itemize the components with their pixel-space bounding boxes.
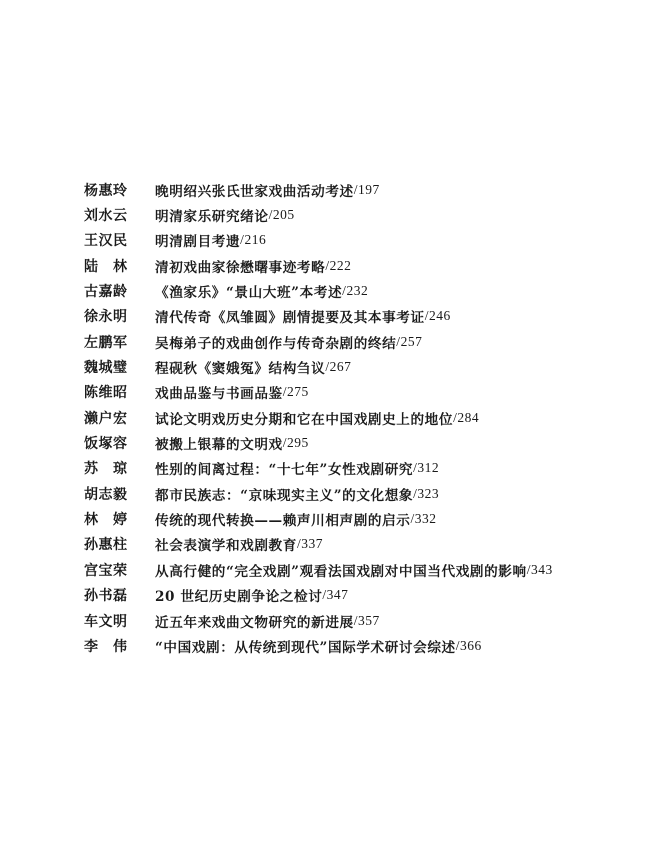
entry-page-number: 332 bbox=[415, 511, 437, 527]
entry-page-number: 284 bbox=[457, 410, 479, 426]
entry-page-number: 337 bbox=[301, 536, 323, 552]
entry-author: 饭塚容 bbox=[84, 433, 155, 453]
entry-title: 晚明绍兴张氏世家戏曲活动考述 bbox=[155, 180, 354, 200]
entry-page-number: 232 bbox=[346, 283, 368, 299]
entry-title: 戏曲品鉴与书画品鉴 bbox=[155, 382, 283, 402]
entry-author: 胡志毅 bbox=[84, 484, 155, 504]
entry-title: 程砚秋《窦娥冤》结构刍议 bbox=[155, 357, 325, 377]
entry-author: 车文明 bbox=[84, 611, 155, 631]
toc-entry: 孙书磊 20 世纪历史剧争论之检讨/347 bbox=[84, 583, 624, 608]
toc-entry: 古嘉龄 《渔家乐》“景山大班”本考述/232 bbox=[84, 278, 624, 303]
entry-author: 古嘉龄 bbox=[84, 281, 155, 301]
entry-title: 明清家乐研究绪论 bbox=[155, 205, 269, 225]
entry-page-number: 295 bbox=[287, 435, 309, 451]
toc-entry: 魏城璧 程砚秋《窦娥冤》结构刍议/267 bbox=[84, 354, 624, 379]
entry-page-number: 197 bbox=[358, 182, 380, 198]
toc-entry: 陈维昭 戏曲品鉴与书画品鉴/275 bbox=[84, 380, 624, 405]
toc-entry: 左鹏军 吴梅弟子的戏曲创作与传奇杂剧的终结/257 bbox=[84, 329, 624, 354]
entry-page-number: 275 bbox=[287, 384, 309, 400]
toc-entry: 宫宝荣 从高行健的“完全戏剧”观看法国戏剧对中国当代戏剧的影响/343 bbox=[84, 557, 624, 582]
toc-entry: 苏琼 性别的间离过程：“十七年”女性戏剧研究/312 bbox=[84, 456, 624, 481]
entry-title: 从高行健的“完全戏剧”观看法国戏剧对中国当代戏剧的影响 bbox=[155, 560, 527, 580]
entry-author: 陈维昭 bbox=[84, 382, 155, 402]
entry-page-number: 222 bbox=[330, 258, 352, 274]
entry-title: 都市民族志：“京味现实主义”的文化想象 bbox=[155, 484, 413, 504]
entry-title: 吴梅弟子的戏曲创作与传奇杂剧的终结 bbox=[155, 332, 396, 352]
toc-entry: 车文明 近五年来戏曲文物研究的新进展/357 bbox=[84, 608, 624, 633]
entry-page-number: 347 bbox=[327, 587, 349, 603]
entry-page-number: 366 bbox=[460, 638, 482, 654]
entry-author: 徐永明 bbox=[84, 306, 155, 326]
entry-page-number: 216 bbox=[244, 232, 266, 248]
entry-author: 林婷 bbox=[84, 509, 155, 529]
entry-author: 刘水云 bbox=[84, 205, 155, 225]
entry-author: 宫宝荣 bbox=[84, 560, 155, 580]
entry-author: 孙书磊 bbox=[84, 585, 155, 605]
entry-page-number: 257 bbox=[401, 334, 423, 350]
table-of-contents: 杨惠玲 晚明绍兴张氏世家戏曲活动考述/197 刘水云 明清家乐研究绪论/205 … bbox=[84, 177, 624, 659]
entry-title: 20 世纪历史剧争论之检讨 bbox=[155, 585, 322, 605]
entry-title: 性别的间离过程：“十七年”女性戏剧研究 bbox=[155, 458, 413, 478]
entry-page-number: 267 bbox=[330, 359, 352, 375]
entry-author: 陆林 bbox=[84, 256, 155, 276]
toc-entry: 濑户宏 试论文明戏历史分期和它在中国戏剧史上的地位/284 bbox=[84, 405, 624, 430]
entry-title: 近五年来戏曲文物研究的新进展 bbox=[155, 611, 354, 631]
entry-author: 魏城璧 bbox=[84, 357, 155, 377]
toc-entry: 胡志毅 都市民族志：“京味现实主义”的文化想象/323 bbox=[84, 481, 624, 506]
entry-author: 苏琼 bbox=[84, 458, 155, 478]
toc-entry: 林婷 传统的现代转换——赖声川相声剧的启示/332 bbox=[84, 506, 624, 531]
entry-title: 传统的现代转换——赖声川相声剧的启示 bbox=[155, 509, 411, 529]
entry-author: 濑户宏 bbox=[84, 408, 155, 428]
entry-page-number: 312 bbox=[417, 460, 439, 476]
toc-entry: 孙惠柱 社会表演学和戏剧教育/337 bbox=[84, 532, 624, 557]
toc-entry: 饭塚容 被搬上银幕的文明戏/295 bbox=[84, 430, 624, 455]
entry-title: 明清剧目考遗 bbox=[155, 230, 240, 250]
toc-entry: 陆林 清初戏曲家徐懋曙事迹考略/222 bbox=[84, 253, 624, 278]
entry-page-number: 343 bbox=[531, 562, 553, 578]
entry-title: 社会表演学和戏剧教育 bbox=[155, 534, 297, 554]
toc-entry: 王汉民 明清剧目考遗/216 bbox=[84, 228, 624, 253]
entry-author: 左鹏军 bbox=[84, 332, 155, 352]
entry-title: 试论文明戏历史分期和它在中国戏剧史上的地位 bbox=[155, 408, 453, 428]
toc-entry: 李伟 “中国戏剧：从传统到现代”国际学术研讨会综述/366 bbox=[84, 633, 624, 658]
entry-page-number: 246 bbox=[429, 308, 451, 324]
entry-author: 杨惠玲 bbox=[84, 180, 155, 200]
entry-author: 李伟 bbox=[84, 636, 155, 656]
entry-title: 清初戏曲家徐懋曙事迹考略 bbox=[155, 256, 325, 276]
entry-page-number: 357 bbox=[358, 613, 380, 629]
entry-title: 《渔家乐》“景山大班”本考述 bbox=[155, 281, 342, 301]
entry-title: 清代传奇《凤雏圆》剧情提要及其本事考证 bbox=[155, 306, 425, 326]
entry-author: 孙惠柱 bbox=[84, 534, 155, 554]
entry-page-number: 323 bbox=[417, 486, 439, 502]
toc-entry: 杨惠玲 晚明绍兴张氏世家戏曲活动考述/197 bbox=[84, 177, 624, 202]
entry-title: “中国戏剧：从传统到现代”国际学术研讨会综述 bbox=[155, 636, 456, 656]
entry-page-number: 205 bbox=[273, 207, 295, 223]
entry-author: 王汉民 bbox=[84, 230, 155, 250]
toc-entry: 徐永明 清代传奇《凤雏圆》剧情提要及其本事考证/246 bbox=[84, 304, 624, 329]
toc-entry: 刘水云 明清家乐研究绪论/205 bbox=[84, 202, 624, 227]
entry-title: 被搬上银幕的文明戏 bbox=[155, 433, 283, 453]
